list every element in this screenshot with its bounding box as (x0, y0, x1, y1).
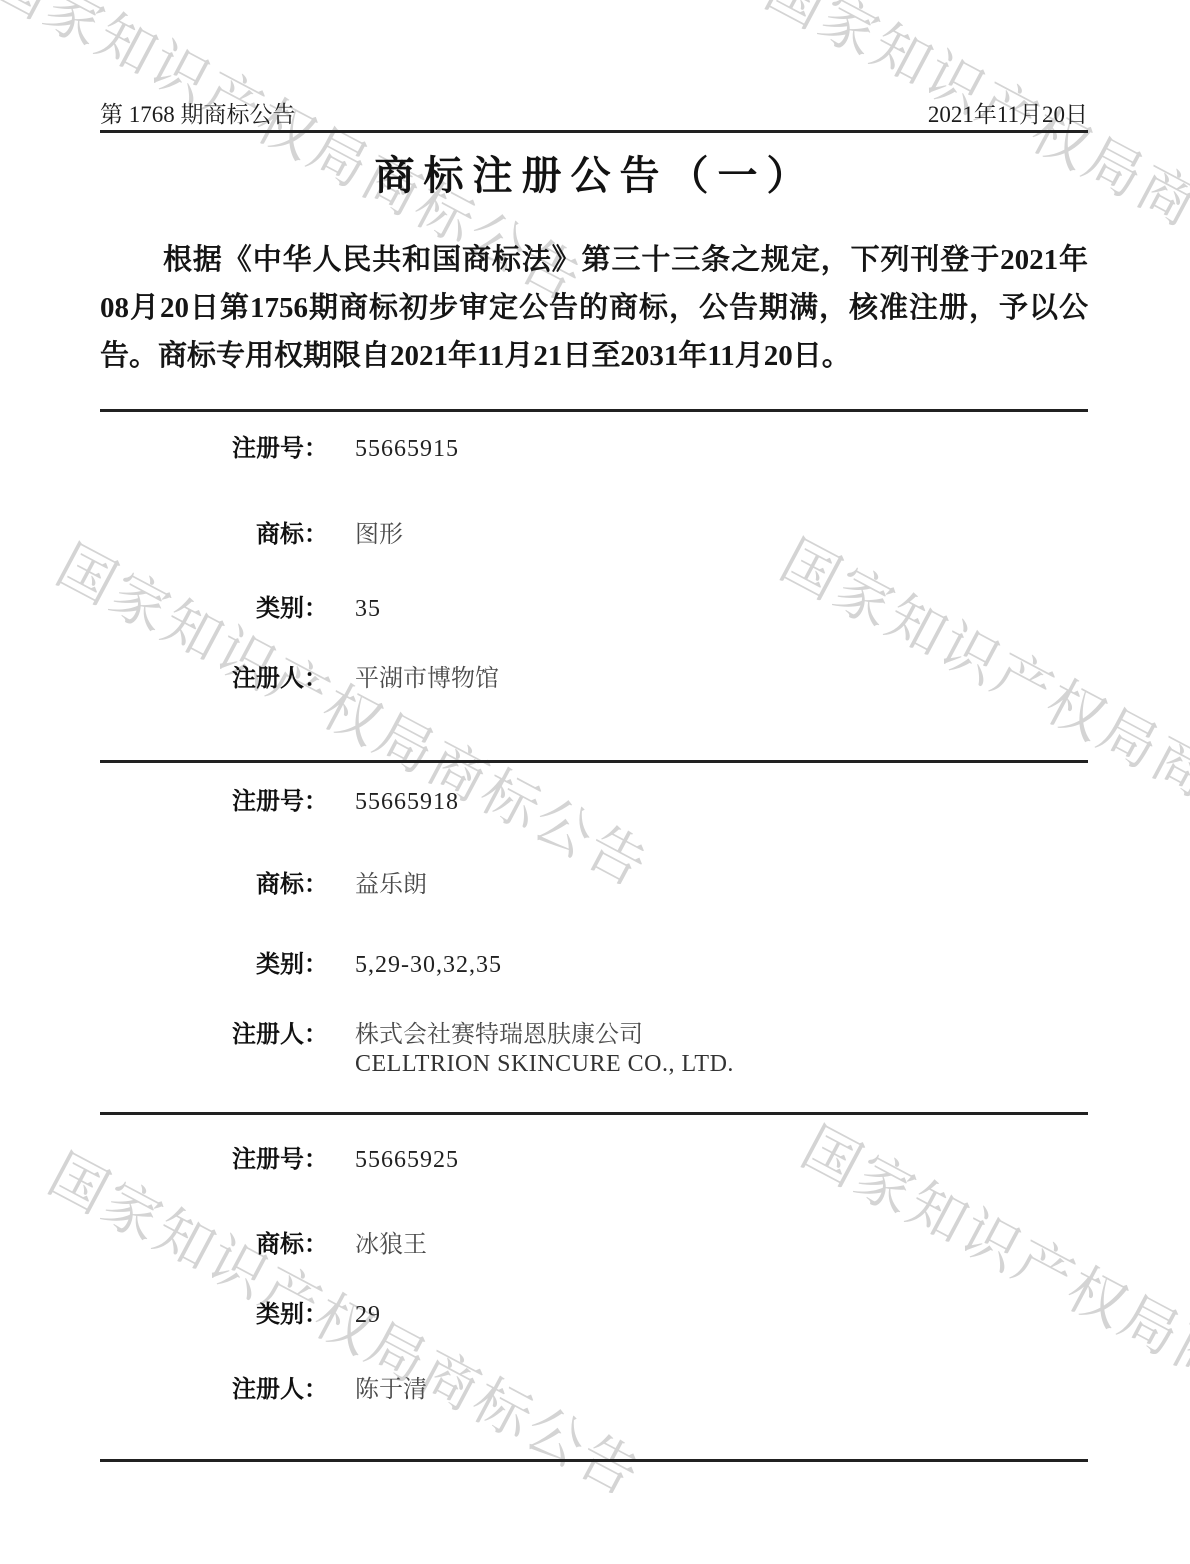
registrant-label: 注册人： (100, 1369, 328, 1404)
reg-no-label: 注册号： (100, 1139, 328, 1174)
trademark-value: 益乐朗 (355, 864, 427, 899)
reg-no-value: 55665925 (355, 1147, 459, 1174)
trademark-label: 商标： (100, 1224, 328, 1259)
category-label: 类别： (100, 588, 328, 623)
gazette-date: 2021年11月20日 (928, 96, 1088, 129)
trademark-value: 图形 (355, 514, 403, 549)
page-content: 第 1768 期商标公告 2021年11月20日 商标注册公告（一） 根据《中华… (0, 0, 1190, 1564)
page-bottom-rule (100, 1459, 1088, 1462)
registrant-value: 陈于清 (355, 1369, 427, 1404)
page-title: 商标注册公告（一） (0, 144, 1190, 201)
page-header: 第 1768 期商标公告 2021年11月20日 (100, 96, 1088, 129)
registrant-label: 注册人： (100, 658, 328, 693)
record-row: 类别： 29 (100, 1294, 1090, 1329)
record-row: 注册号： 55665918 (100, 781, 1090, 816)
gazette-issue-label: 第 1768 期商标公告 (100, 96, 296, 129)
record-row: 注册人： 株式会社赛特瑞恩肤康公司 (100, 1014, 1090, 1049)
record-row: 注册号： 55665925 (100, 1139, 1090, 1174)
reg-no-label: 注册号： (100, 781, 328, 816)
trademark-label: 商标： (100, 514, 328, 549)
category-label: 类别： (100, 944, 328, 979)
category-value: 35 (355, 596, 381, 623)
record-row: 注册号： 55665915 (100, 428, 1090, 463)
reg-no-value: 55665915 (355, 436, 459, 463)
category-value: 5,29-30,32,35 (355, 952, 502, 979)
record-row: 注册人： 平湖市博物馆 (100, 658, 1090, 693)
registrant-value: 平湖市博物馆 (355, 658, 499, 693)
trademark-label: 商标： (100, 864, 328, 899)
category-label: 类别： (100, 1294, 328, 1329)
registrant-en-value: CELLTRION SKINCURE CO., LTD. (355, 1051, 734, 1078)
category-value: 29 (355, 1302, 381, 1329)
record-row: 商标： 益乐朗 (100, 864, 1090, 899)
record-row: 注册人： 陈于清 (100, 1369, 1090, 1404)
registrant-value: 株式会社赛特瑞恩肤康公司 (355, 1014, 643, 1049)
reg-no-value: 55665918 (355, 789, 459, 816)
record-row: 类别： 35 (100, 588, 1090, 623)
record-row: 商标： 图形 (100, 514, 1090, 549)
reg-no-label: 注册号： (100, 428, 328, 463)
header-rule (100, 130, 1088, 133)
intro-paragraph: 根据《中华人民共和国商标法》第三十三条之规定，下列刊登于2021年08月20日第… (100, 236, 1088, 380)
trademark-value: 冰狼王 (355, 1224, 427, 1259)
record-row: 商标： 冰狼王 (100, 1224, 1090, 1259)
record-separator (100, 1112, 1088, 1115)
gazette-page: 国家知识产权局商标公告 国家知识产权局商标公告 国家知识产权局商标公告 国家知识… (0, 0, 1190, 1564)
record-separator (100, 760, 1088, 763)
registrant-label: 注册人： (100, 1014, 328, 1049)
record-row: 类别： 5,29-30,32,35 (100, 944, 1090, 979)
record-separator (100, 409, 1088, 412)
